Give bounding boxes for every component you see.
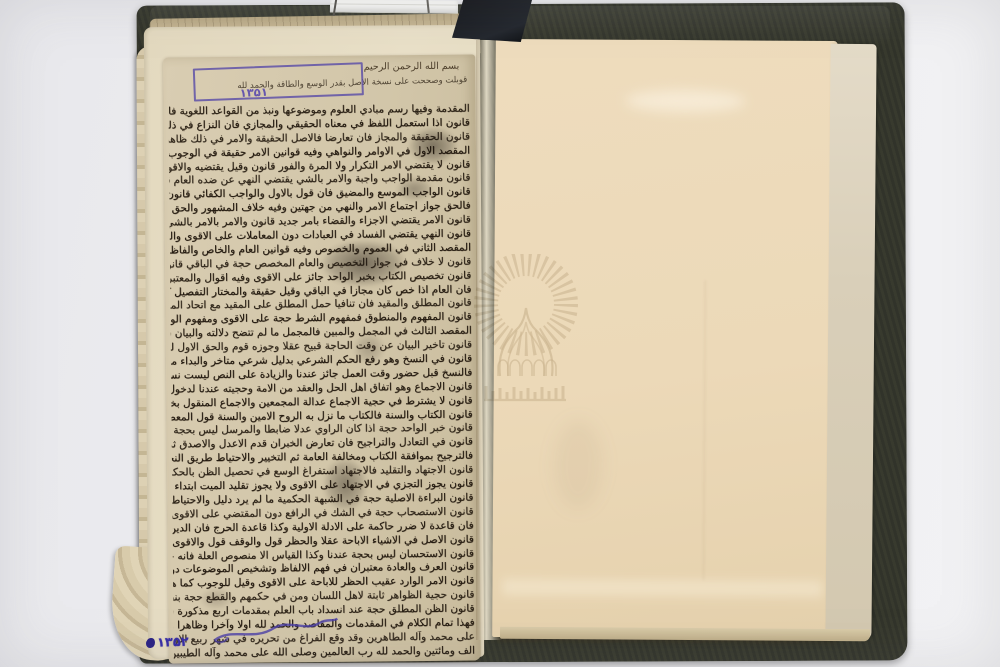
paper-stain — [625, 90, 745, 113]
paper-crease — [703, 280, 707, 580]
manuscript-header: بسم الله الرحمن الرحيم قوبلت وصححت على ن… — [167, 57, 469, 106]
paper-stain — [553, 419, 604, 509]
ink-smudge — [315, 447, 376, 522]
bottom-fore-edge — [500, 627, 870, 642]
manuscript-photo: بسم الله الرحمن الرحيم قوبلت وصححت على ن… — [0, 0, 1000, 667]
right-page — [492, 39, 838, 639]
library-stamp: ۱۳۵۱ — [193, 62, 364, 101]
ink-blob-icon — [146, 638, 155, 648]
under-page-edge — [825, 44, 876, 640]
manuscript-text-block: بسم الله الرحمن الرحيم قوبلت وصححت على ن… — [163, 55, 481, 664]
black-clip — [452, 0, 532, 42]
ink-smudge — [348, 327, 390, 369]
bookmark-slips — [330, 0, 458, 14]
basmala-line: بسم الله الرحمن الرحيم — [364, 61, 460, 73]
paper-light-band — [502, 579, 822, 597]
stamp-number: ۱۳۵۱ — [239, 85, 268, 100]
accession-number: ۱۳۵۲ — [146, 636, 158, 651]
